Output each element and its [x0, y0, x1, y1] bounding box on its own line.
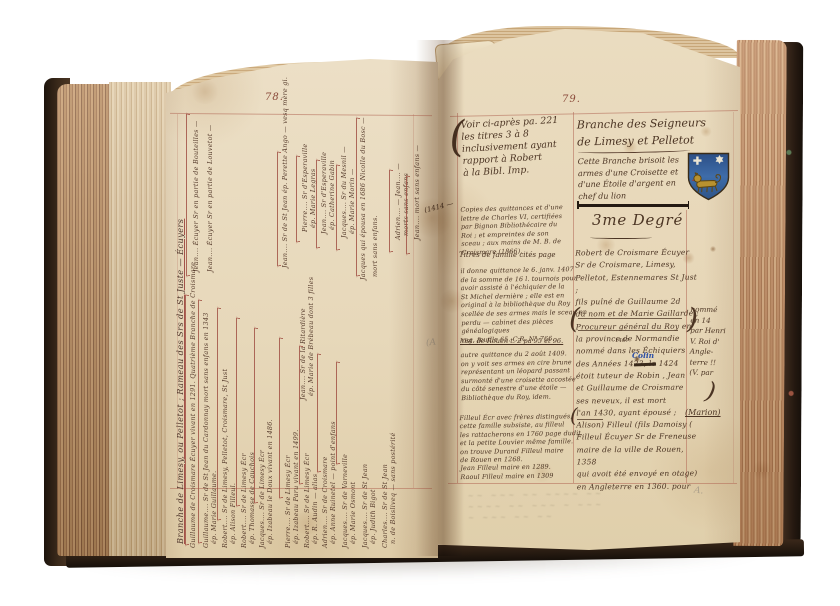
- tree-entry: mort sans enfans.: [371, 215, 379, 277]
- tree-entry: ép. Marie de Brébeau dont 3 filles: [307, 277, 315, 396]
- tree-entry: Jacques.... Sr de Varneville: [341, 454, 349, 548]
- line-hist: hist. de Rouen t. 2 pa 95 et 96.: [460, 337, 563, 345]
- tree-entry: Jacques qui épousa en 1686 Nicolle du Bo…: [359, 117, 367, 280]
- tree-entry: ép. Izabeau le Doux vivant en 1486.: [266, 419, 274, 544]
- underline: [578, 318, 682, 319]
- page-number-79: 79.: [562, 94, 581, 105]
- section-divider-bar: [577, 204, 689, 207]
- tree-entry: Jacques.... Sr de St Jean: [361, 464, 369, 548]
- margin-note: nommé en 14 par Henri V. Roi d' Angle- t…: [689, 305, 736, 379]
- stain: [710, 246, 716, 252]
- tree-entry: Robert.... Sr de Limesy, Pelletot, Crois…: [221, 369, 229, 548]
- para-robert: Robert de Croismare Écuyer Sr de Croisma…: [575, 247, 703, 494]
- tree-bracket: [299, 346, 303, 484]
- gutter-shadow: [416, 40, 466, 556]
- tree-entry: Guillaume.... Sr de St Jean du Cardonnay…: [202, 312, 210, 548]
- tree-bracket: [317, 354, 321, 472]
- stain: [190, 80, 220, 104]
- left-page-block-edge: [109, 82, 171, 556]
- insert-above-line: 1407: [615, 338, 629, 344]
- stain: [752, 460, 772, 480]
- stain: [682, 252, 695, 264]
- tree-bracket: [336, 165, 340, 250]
- tree-bracket: [186, 114, 190, 276]
- tree-bracket: [236, 318, 240, 506]
- tree-bracket: [406, 176, 410, 254]
- tree-bracket: [185, 295, 189, 545]
- show-through-text: ~~ ~~~ ~~ ~~~~ ~~ ~~~~ ~~ ~~~ ~ ~~~ ~ ~~…: [468, 487, 729, 525]
- side-note: Voir ci-après pa. 221 les titres 3 à 8 i…: [461, 114, 574, 180]
- degree-heading: 3me Degré: [592, 211, 683, 229]
- tree-bracket: [279, 338, 283, 498]
- para-copies: Copies des quittances et d'une lettre de…: [460, 202, 591, 257]
- left-fore-edge: [57, 84, 111, 556]
- margin-marion: (Marion): [685, 408, 721, 417]
- underline: [577, 419, 603, 420]
- alison-paren: (: [570, 403, 578, 427]
- tree-entry: Pierre.... Sr de Limesy Écr: [284, 455, 292, 548]
- branch-heading: Branche des Seigneurs de Limesy et Pelle…: [577, 114, 743, 151]
- tree-entry: Charles.... Sr de St Jean: [381, 464, 389, 548]
- tree-entry: Jacques.... Sr de Limesy Écr: [258, 450, 266, 548]
- stain: [596, 236, 616, 254]
- tree-bracket: [277, 152, 281, 266]
- tree-bracket: [336, 362, 340, 464]
- pencil-mark-right: A.: [693, 485, 704, 496]
- tree-entry: Adrien.... Sr de Croismare: [321, 456, 329, 548]
- tree-entry: ép. Judith Bigot: [369, 489, 377, 544]
- tree-bracket: [198, 300, 202, 543]
- tree-entry: ép. Catherine Gabin: [328, 160, 336, 230]
- ruled-line: [733, 112, 734, 483]
- tree-entry: Jean.... Sr de St Jean ép. Perette Ango …: [281, 77, 289, 268]
- underline: [578, 330, 678, 331]
- tree-entry: Adrien.... — Jean.... —: [394, 163, 402, 240]
- tree-entry: Jacques.... Sr du Mesnil —: [340, 146, 348, 238]
- tree-entry: Jean.... Sr d'Esperaville: [320, 152, 328, 234]
- tree-entry: n. de Boisliveq — sans postérité: [389, 432, 397, 544]
- tree-entry: Guillaume de Croismare Écuyer vivant en …: [189, 262, 197, 548]
- stain: [622, 140, 638, 154]
- coat-of-arms-icon: [686, 151, 731, 203]
- tree-bracket: [356, 118, 360, 276]
- tree-bracket: [217, 308, 221, 520]
- line-titres: Titres de famille cités page: [459, 251, 556, 259]
- tree-entry: Jean.... Écuyer Sr en partie de Bouteill…: [192, 120, 200, 272]
- tree-bracket: [254, 328, 258, 503]
- tree-entry: Jean.... Écuyer Sr en partie de Louvetot…: [206, 125, 214, 272]
- stain: [530, 462, 554, 482]
- tree-bracket: [389, 170, 393, 252]
- tree-entry: Robert.... Sr de Limesy Écr: [240, 453, 248, 548]
- stain: [290, 512, 326, 534]
- tree-entry: Pierre.... Sr d'Esperaville: [301, 144, 309, 232]
- tree-title: Branche de Limesy, ou Pelletot ; Rameau …: [175, 219, 185, 544]
- stain: [700, 126, 712, 137]
- manuscript-photo: 78. 79. Branche de Limesy, ou Pelletot ;…: [0, 0, 840, 606]
- tree-bracket: [296, 156, 300, 242]
- tree-entry: ép. Marie Osmont: [349, 482, 357, 544]
- tree-entry: ép. Marie Morin —: [348, 169, 356, 234]
- ink-blot: [634, 356, 640, 362]
- para-armes: autre quittance du 2 août 1409. on y voi…: [461, 349, 592, 403]
- tree-bracket: [316, 160, 320, 248]
